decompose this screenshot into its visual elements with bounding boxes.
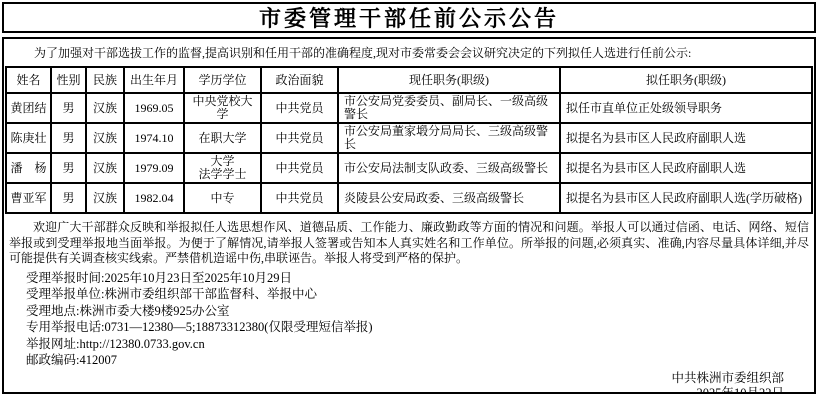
- cell-birthdate: 1969.05: [124, 93, 184, 123]
- column-header-name: 姓名: [6, 67, 51, 93]
- signature-block: 中共株洲市委组织部 2025年10月22日: [4, 371, 814, 395]
- cell-name: 潘 杨: [6, 153, 51, 183]
- cell-political-status: 中共党员: [261, 183, 338, 213]
- cell-political-status: 中共党员: [261, 123, 338, 153]
- cell-education: 中专: [184, 183, 261, 213]
- column-header-gender: 性别: [51, 67, 86, 93]
- cell-gender: 男: [51, 153, 86, 183]
- main-content-box: 为了加强对干部选拔工作的监督,提高识别和任用干部的准确程度,现对市委常委会会议研…: [2, 37, 816, 394]
- reporting-notice-paragraph: 欢迎广大干部群众反映和举报拟任人选思想作风、道德品质、工作能力、廉政勤政等方面的…: [9, 220, 809, 267]
- cell-ethnicity: 汉族: [86, 153, 124, 183]
- candidates-table: 姓名 性别 民族 出生年月 学历学位 政治面貌 现任职务(职级) 拟任职务(职级…: [5, 66, 813, 214]
- announcement-document: 市委管理干部任前公示公告 为了加强对干部选拔工作的监督,提高识别和任用干部的准确…: [0, 0, 818, 400]
- table-row: 潘 杨 男 汉族 1979.09 大学 法学学士 中共党员 市公安局法制支队政委…: [6, 153, 812, 183]
- column-header-ethnicity: 民族: [86, 67, 124, 93]
- cell-education: 中央党校大学: [184, 93, 261, 123]
- table-row: 陈庚壮 男 汉族 1974.10 在职大学 中共党员 市公安局董家塅分局局长、三…: [6, 123, 812, 153]
- page-title: 市委管理干部任前公示公告: [259, 2, 559, 33]
- report-url-line: 举报网址:http://12380.0733.gov.cn: [26, 336, 814, 353]
- cell-current-position: 炎陵县公安局政委、三级高级警长: [338, 183, 560, 213]
- issuing-organization: 中共株洲市委组织部: [4, 371, 784, 386]
- cell-current-position: 市公安局党委委员、副局长、一级高级警长: [338, 93, 560, 123]
- contact-info-block: 受理举报时间:2025年10月23日至2025年10月29日 受理举报单位:株洲…: [26, 270, 814, 369]
- cell-political-status: 中共党员: [261, 93, 338, 123]
- cell-education: 大学 法学学士: [184, 153, 261, 183]
- cell-gender: 男: [51, 183, 86, 213]
- cell-name: 曹亚军: [6, 183, 51, 213]
- cell-birthdate: 1979.09: [124, 153, 184, 183]
- cell-education: 在职大学: [184, 123, 261, 153]
- cell-current-position: 市公安局法制支队政委、三级高级警长: [338, 153, 560, 183]
- cell-gender: 男: [51, 123, 86, 153]
- title-box: 市委管理干部任前公示公告: [2, 2, 816, 33]
- cell-name: 黄团结: [6, 93, 51, 123]
- cell-ethnicity: 汉族: [86, 183, 124, 213]
- issue-date: 2025年10月22日: [4, 386, 784, 395]
- cell-political-status: 中共党员: [261, 153, 338, 183]
- postcode-line: 邮政编码:412007: [26, 352, 814, 369]
- cell-birthdate: 1974.10: [124, 123, 184, 153]
- column-header-proposed-position: 拟任职务(职级): [560, 67, 812, 93]
- cell-ethnicity: 汉族: [86, 123, 124, 153]
- cell-birthdate: 1982.04: [124, 183, 184, 213]
- cell-gender: 男: [51, 93, 86, 123]
- cell-ethnicity: 汉族: [86, 93, 124, 123]
- report-place-line: 受理地点:株洲市委大楼9楼925办公室: [26, 303, 814, 320]
- report-time-line: 受理举报时间:2025年10月23日至2025年10月29日: [26, 270, 814, 287]
- table-row: 黄团结 男 汉族 1969.05 中央党校大学 中共党员 市公安局党委委员、副局…: [6, 93, 812, 123]
- cell-current-position: 市公安局董家塅分局局长、三级高级警长: [338, 123, 560, 153]
- report-unit-line: 受理举报单位:株洲市委组织部干部监督科、举报中心: [26, 286, 814, 303]
- column-header-political-status: 政治面貌: [261, 67, 338, 93]
- cell-proposed-position: 拟提名为县市区人民政府副职人选: [560, 153, 812, 183]
- cell-proposed-position: 拟提名为县市区人民政府副职人选: [560, 123, 812, 153]
- cell-proposed-position: 拟任市直单位正处级领导职务: [560, 93, 812, 123]
- cell-proposed-position: 拟提名为县市区人民政府副职人选(学历破格): [560, 183, 812, 213]
- column-header-education: 学历学位: [184, 67, 261, 93]
- report-phone-line: 专用举报电话:0731—12380—5;18873312380(仅限受理短信举报…: [26, 319, 814, 336]
- table-row: 曹亚军 男 汉族 1982.04 中专 中共党员 炎陵县公安局政委、三级高级警长…: [6, 183, 812, 213]
- table-header-row: 姓名 性别 民族 出生年月 学历学位 政治面貌 现任职务(职级) 拟任职务(职级…: [6, 67, 812, 93]
- intro-paragraph: 为了加强对干部选拔工作的监督,提高识别和任用干部的准确程度,现对市委常委会会议研…: [10, 46, 808, 60]
- column-header-current-position: 现任职务(职级): [338, 67, 560, 93]
- column-header-birthdate: 出生年月: [124, 67, 184, 93]
- cell-name: 陈庚壮: [6, 123, 51, 153]
